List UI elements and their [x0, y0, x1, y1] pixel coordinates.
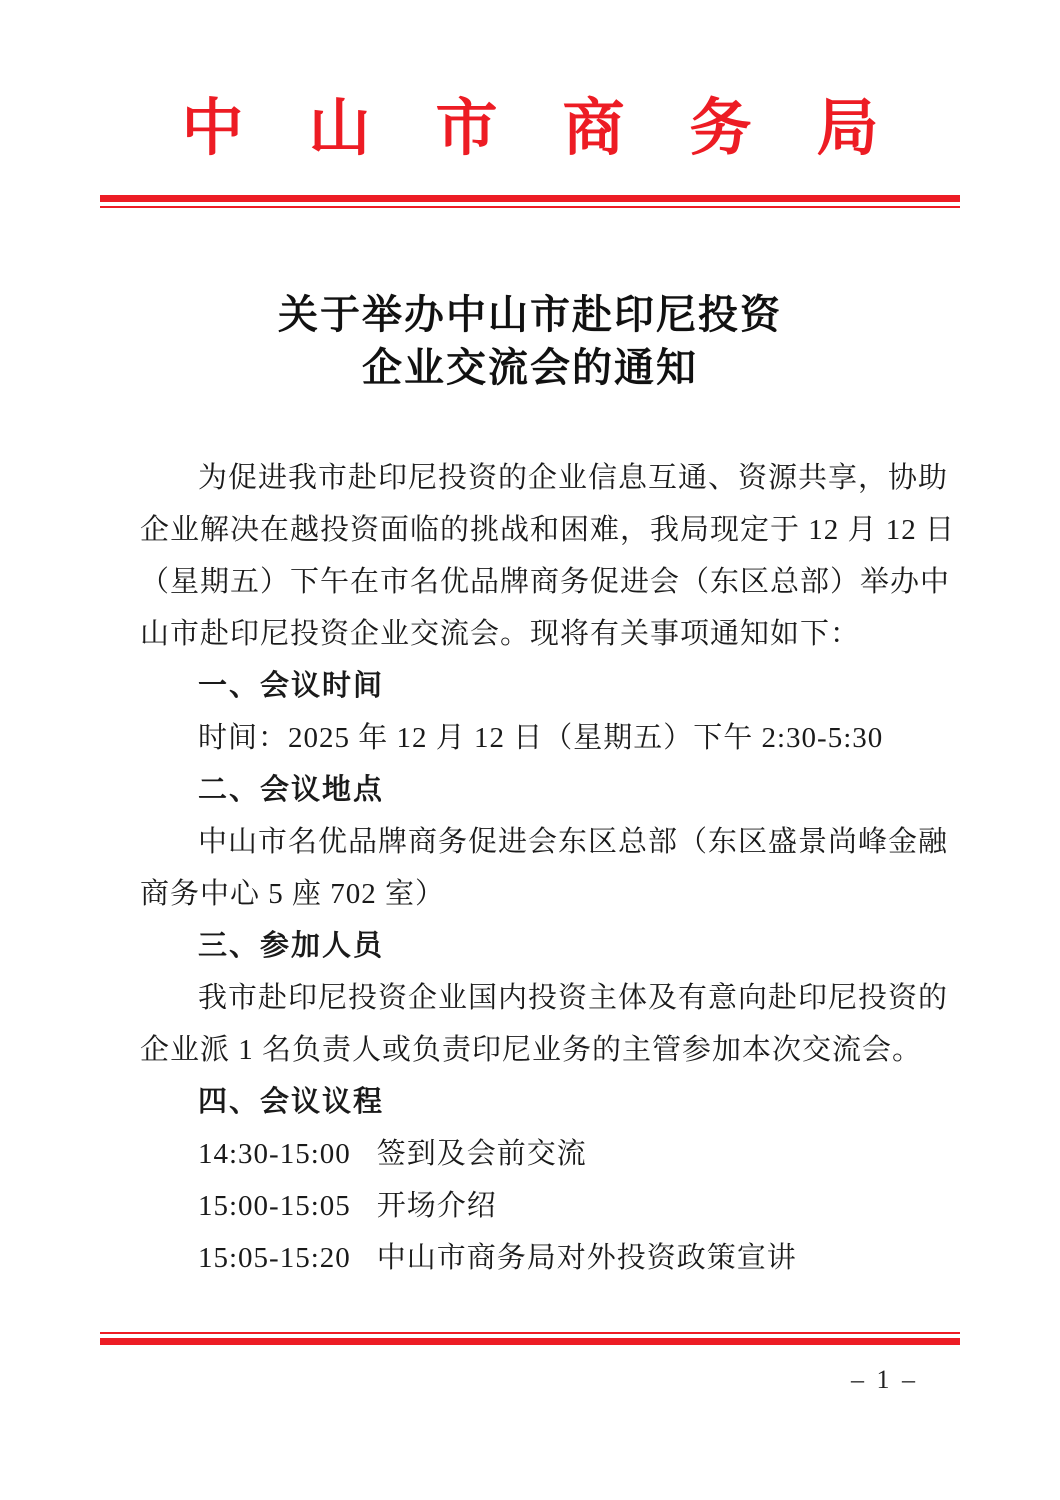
page-number: – 1 – — [851, 1364, 918, 1396]
intro-line: 山市赴印尼投资企业交流会。现将有关事项通知如下： — [140, 608, 918, 660]
agenda-time: 15:05-15:20 — [198, 1242, 351, 1274]
document-page: 中山市商务局 关于举办中山市赴印尼投资 企业交流会的通知 为促进我市赴印尼投资的… — [0, 0, 1060, 1500]
agenda-row: 15:05-15:20中山市商务局对外投资政策宣讲 — [140, 1232, 918, 1284]
intro-line: （星期五）下午在市名优品牌商务促进会（东区总部）举办中 — [140, 556, 918, 608]
section-heading-participants: 三、参加人员 — [140, 920, 918, 972]
agenda-activity: 中山市商务局对外投资政策宣讲 — [377, 1242, 797, 1274]
agency-name: 中山市商务局 — [0, 88, 1060, 170]
agenda-row: 14:30-15:00签到及会前交流 — [140, 1128, 918, 1180]
footer-rule-thin — [100, 1332, 960, 1334]
header-rule-thick — [100, 195, 960, 202]
meeting-place-line: 中山市名优品牌商务促进会东区总部（东区盛景尚峰金融 — [140, 816, 918, 868]
meeting-time-line: 时间：2025 年 12 月 12 日（星期五）下午 2:30-5:30 — [140, 712, 918, 764]
section-heading-meeting-time: 一、会议时间 — [140, 660, 918, 712]
participants-line: 我市赴印尼投资企业国内投资主体及有意向赴印尼投资的 — [140, 972, 918, 1024]
document-body: 为促进我市赴印尼投资的企业信息互通、资源共享，协助 企业解决在越投资面临的挑战和… — [140, 452, 918, 1284]
agenda-time: 15:00-15:05 — [198, 1190, 351, 1222]
meeting-place-line: 商务中心 5 座 702 室） — [140, 868, 918, 920]
section-heading-agenda: 四、会议议程 — [140, 1076, 918, 1128]
footer-rule-thick — [100, 1338, 960, 1345]
agenda-activity: 签到及会前交流 — [377, 1138, 587, 1170]
intro-line: 为促进我市赴印尼投资的企业信息互通、资源共享，协助 — [140, 452, 918, 504]
header-rule-thin — [100, 206, 960, 208]
title-line-1: 关于举办中山市赴印尼投资 — [0, 288, 1060, 341]
agenda-activity: 开场介绍 — [377, 1190, 497, 1222]
agenda-row: 15:00-15:05开场介绍 — [140, 1180, 918, 1232]
title-line-2: 企业交流会的通知 — [0, 341, 1060, 394]
agenda-time: 14:30-15:00 — [198, 1138, 351, 1170]
intro-line: 企业解决在越投资面临的挑战和困难，我局现定于 12 月 12 日 — [140, 504, 918, 556]
section-heading-meeting-place: 二、会议地点 — [140, 764, 918, 816]
participants-line: 企业派 1 名负责人或负责印尼业务的主管参加本次交流会。 — [140, 1024, 918, 1076]
document-title: 关于举办中山市赴印尼投资 企业交流会的通知 — [0, 288, 1060, 394]
